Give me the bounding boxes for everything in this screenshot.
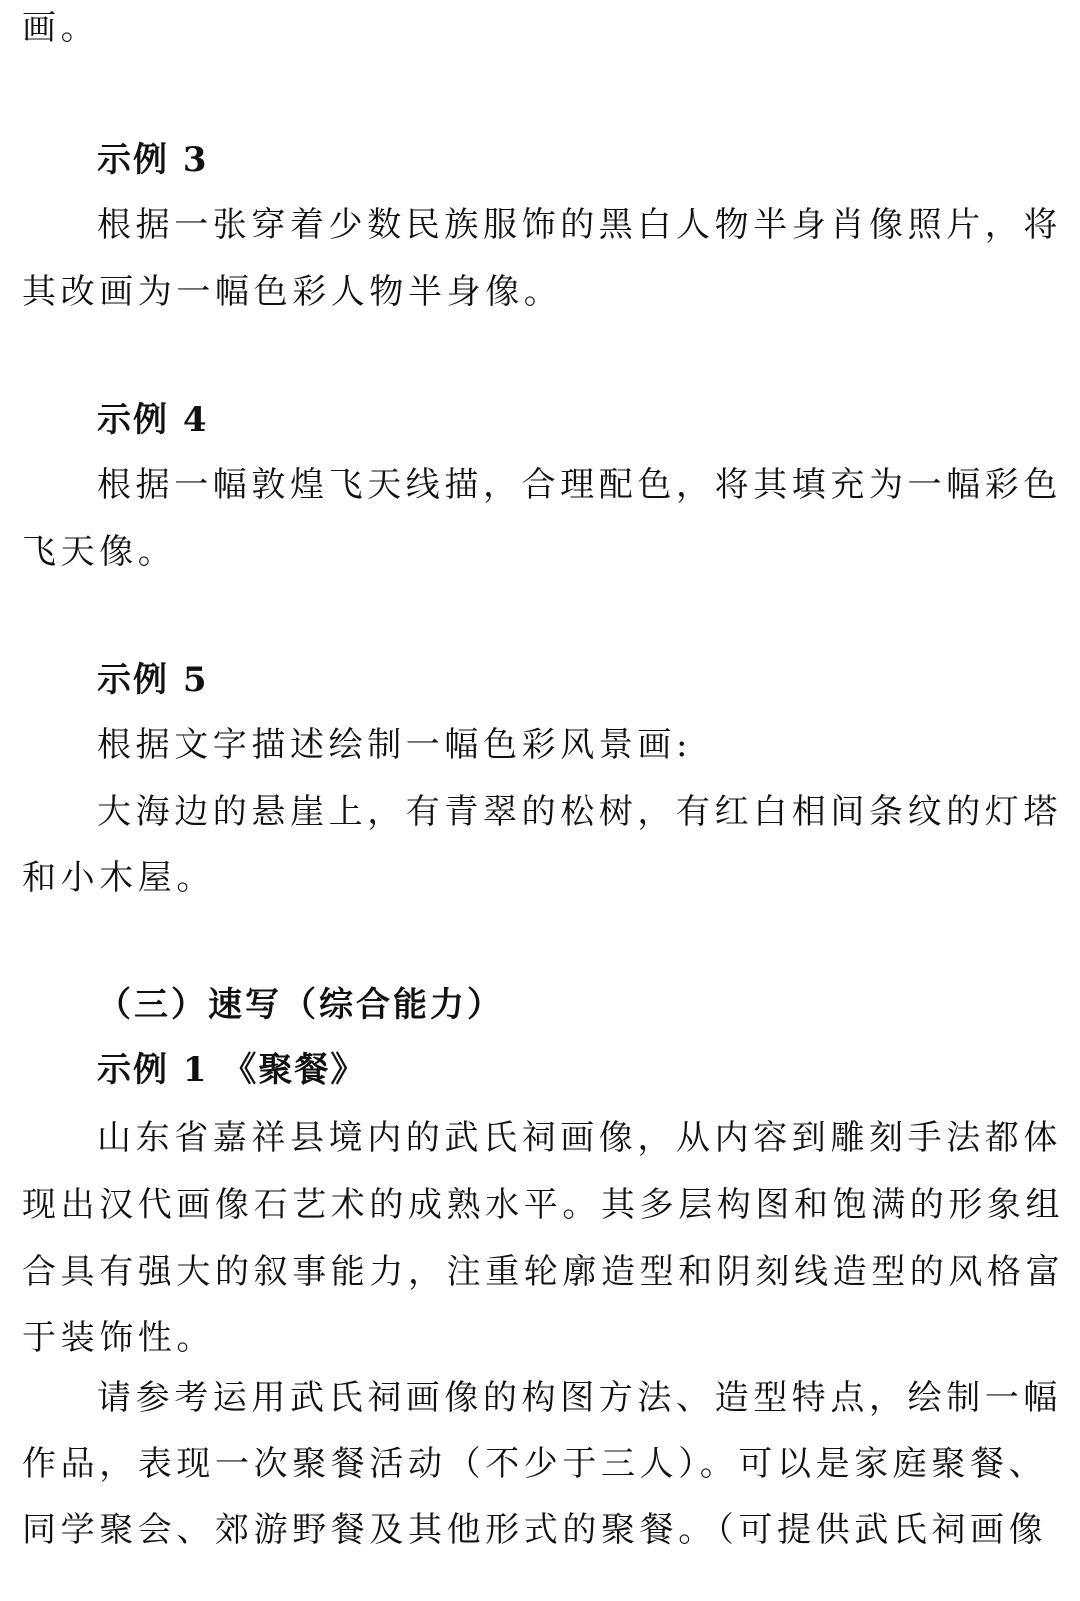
example-5-text-line-3: 和小木屋。 [22,856,215,900]
example-3-heading: 示例 3 [97,138,209,182]
sketch-example-1-para-1-line-1: 山东省嘉祥县境内的武氏祠画像，从内容到雕刻手法都体 [97,1116,1062,1160]
continuation-text: 画。 [22,6,99,50]
example-4-heading: 示例 4 [97,398,209,442]
example-5-text-line-2: 大海边的悬崖上，有青翠的松树，有红白相间条纹的灯塔 [97,790,1062,834]
sketch-example-1-para-1-line-4: 于装饰性。 [22,1316,215,1360]
example-3-text-line-2: 其改画为一幅色彩人物半身像。 [22,270,562,314]
example-4-text-line-1: 根据一幅敦煌飞天线描，合理配色，将其填充为一幅彩色 [97,463,1062,507]
sketch-example-1-para-1-line-2: 现出汉代画像石艺术的成熟水平。其多层构图和饱满的形象组 [22,1183,1064,1227]
example-3-text-line-1: 根据一张穿着少数民族服饰的黑白人物半身肖像照片，将 [97,203,1062,247]
example-5-text-line-1: 根据文字描述绘制一幅色彩风景画: [97,723,692,767]
sketch-example-1-para-2-line-3: 同学聚会、郊游野餐及其他形式的聚餐。（可提供武氏祠画像 [22,1508,1047,1552]
section-sketch-heading: （三）速写（综合能力） [97,983,504,1027]
example-5-heading: 示例 5 [97,658,209,702]
example-4-text-line-2: 飞天像。 [22,530,176,574]
sketch-example-1-heading: 示例 1 《聚餐》 [97,1048,366,1092]
sketch-example-1-para-1-line-3: 合具有强大的叙事能力，注重轮廓造型和阴刻线造型的风格富 [22,1250,1064,1294]
sketch-example-1-para-2-line-1: 请参考运用武氏祠画像的构图方法、造型特点，绘制一幅 [97,1376,1062,1420]
sketch-example-1-para-2-line-2: 作品，表现一次聚餐活动（不少于三人）。可以是家庭聚餐、 [22,1442,1047,1486]
